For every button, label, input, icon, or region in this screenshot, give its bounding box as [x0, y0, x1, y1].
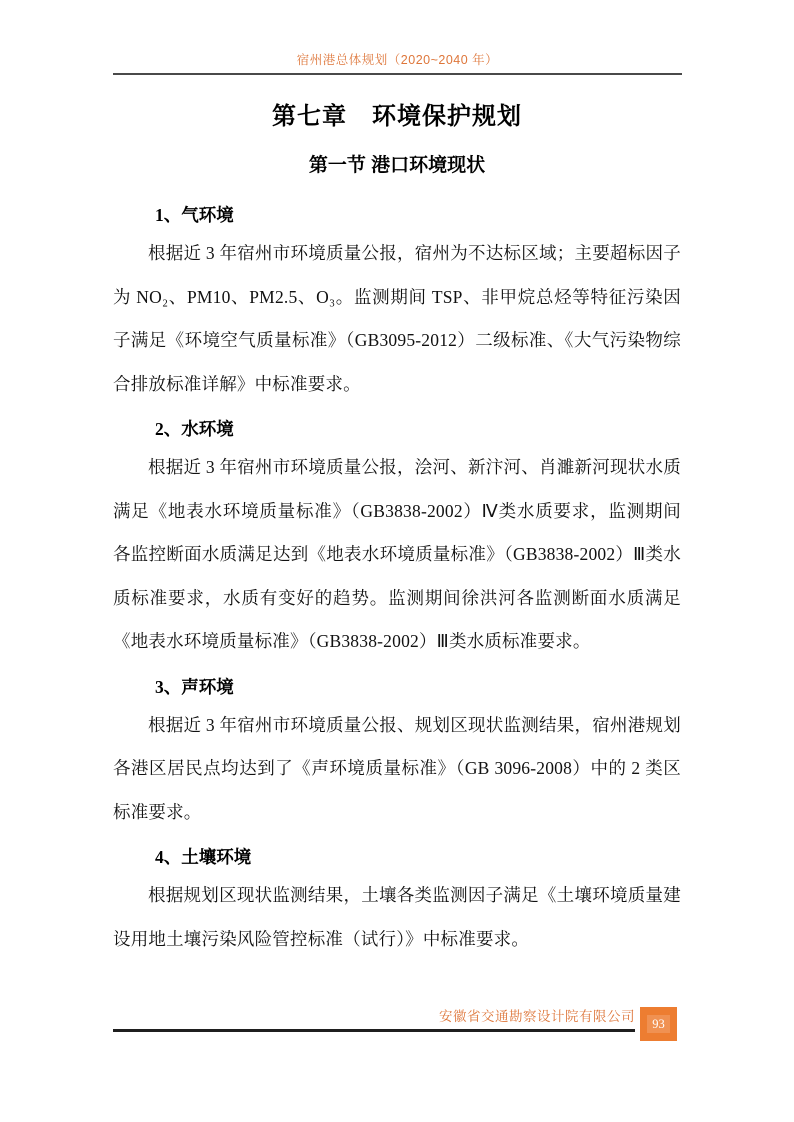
- document-body: 第七章 环境保护规划 第一节 港口环境现状 1、气环境 根据近 3 年宿州市环境…: [113, 90, 681, 961]
- page-header: 宿州港总体规划（2020~2040 年）: [113, 50, 682, 75]
- subsection-heading-soil: 4、土壤环境: [113, 842, 681, 872]
- paragraph-air-environment: 根据近 3 年宿州市环境质量公报，宿州为不达标区域；主要超标因子为 NO₂、PM…: [113, 232, 681, 406]
- page-footer: 安徽省交通勘察设计院有限公司: [113, 1005, 635, 1032]
- section-title: 第一节 港口环境现状: [113, 152, 681, 180]
- page-number: 93: [647, 1015, 670, 1034]
- company-name: 安徽省交通勘察设计院有限公司: [113, 1005, 635, 1029]
- chapter-title: 第七章 环境保护规划: [113, 100, 681, 134]
- document-page: 宿州港总体规划（2020~2040 年） 第七章 环境保护规划 第一节 港口环境…: [0, 0, 794, 1122]
- page-number-badge: 93: [640, 1007, 677, 1041]
- subsection-heading-water: 2、水环境: [113, 414, 681, 444]
- running-head-title: 宿州港总体规划（2020~2040 年）: [113, 50, 682, 73]
- subsection-heading-air: 1、气环境: [113, 200, 681, 230]
- paragraph-noise-environment: 根据近 3 年宿州市环境质量公报、规划区现状监测结果，宿州港规划各港区居民点均达…: [113, 704, 681, 835]
- subsection-heading-noise: 3、声环境: [113, 672, 681, 702]
- header-rule: [113, 73, 682, 75]
- footer-rule: [113, 1029, 635, 1032]
- paragraph-soil-environment: 根据规划区现状监测结果，土壤各类监测因子满足《土壤环境质量建设用地土壤污染风险管…: [113, 874, 681, 961]
- paragraph-water-environment: 根据近 3 年宿州市环境质量公报，浍河、新汴河、肖濉新河现状水质满足《地表水环境…: [113, 446, 681, 664]
